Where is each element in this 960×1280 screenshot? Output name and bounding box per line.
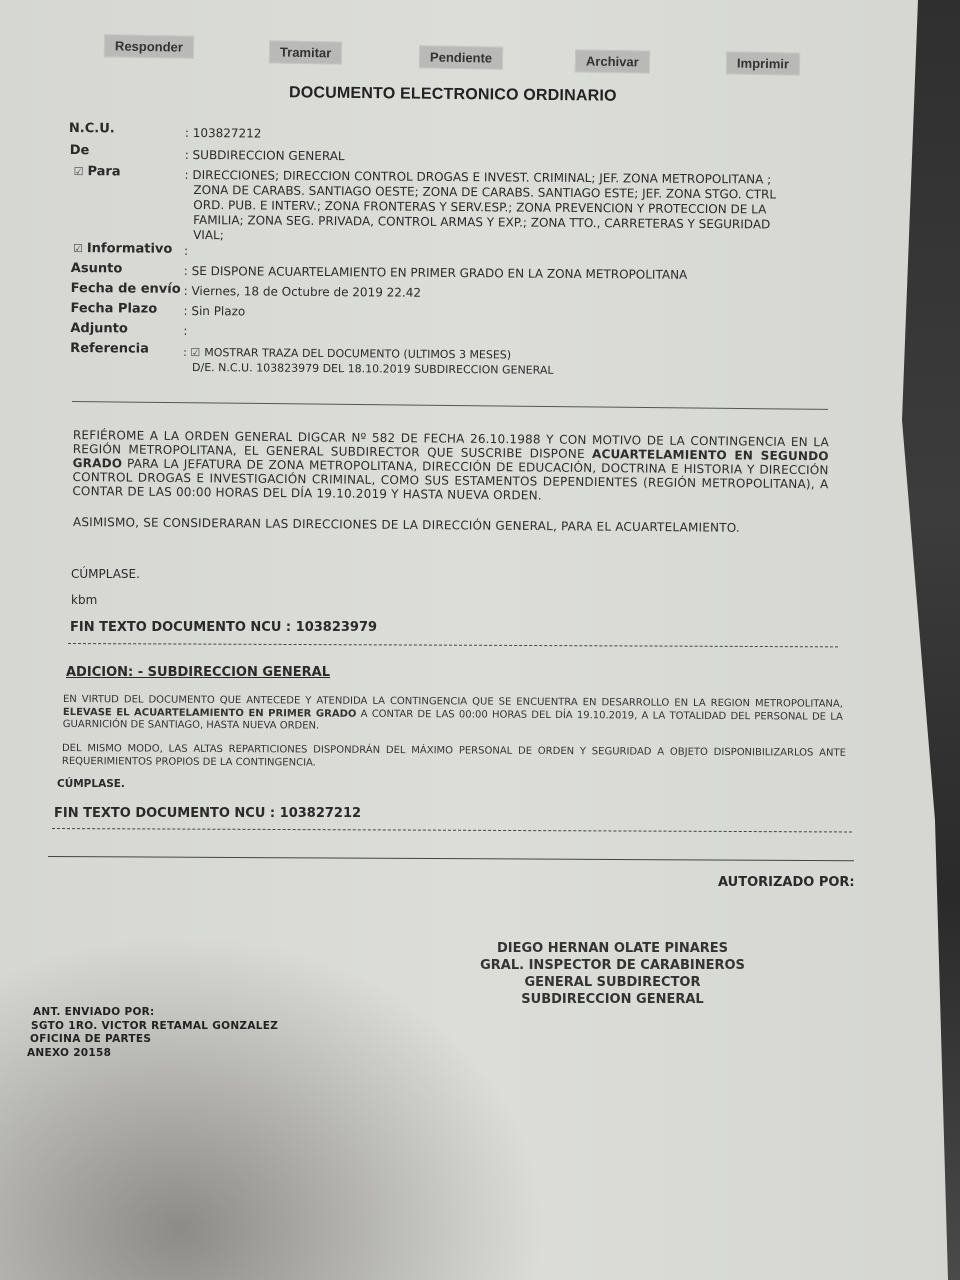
fecha-envio-value: : Viernes, 18 de Octubre de 2019 22.42 — [184, 284, 421, 301]
signer-rank: GRAL. INSPECTOR DE CARABINEROS — [470, 957, 755, 974]
informativo-label-row: ☑Informativo — [73, 241, 172, 257]
adicion-paragraph-1: EN VIRTUD DEL DOCUMENTO QUE ANTECEDE Y A… — [63, 694, 843, 736]
dashed-separator-1 — [68, 643, 838, 647]
para-value: : DIRECCIONES; DIRECCION CONTROL DROGAS … — [184, 168, 815, 248]
adicion-paragraph-2: DEL MISMO MODO, LAS ALTAS REPARTICIONES … — [62, 743, 846, 773]
fin-texto-2: FIN TEXTO DOCUMENTO NCU : 103827212 — [54, 806, 361, 821]
referencia-value: : ☑MOSTRAR TRAZA DEL DOCUMENTO (ULTIMOS … — [183, 345, 554, 378]
mostrar-traza-link[interactable]: MOSTRAR TRAZA DEL DOCUMENTO (ULTIMOS 3 M… — [204, 346, 511, 361]
sender-office: OFICINA DE PARTES — [30, 1033, 278, 1047]
body-paragraph-2: ASIMISMO, SE CONSIDERARAN LAS DIRECCIONE… — [73, 515, 829, 536]
autorizado-por-label: AUTORIZADO POR: — [718, 875, 855, 890]
adjunto-label: Adjunto — [70, 321, 128, 336]
dashed-separator-2 — [52, 828, 852, 832]
fecha-plazo-label: Fecha Plazo — [70, 301, 157, 317]
asunto-value: : SE DISPONE ACUARTELAMIENTO EN PRIMER G… — [184, 264, 688, 283]
signer-name: DIEGO HERNAN OLATE PINARES — [470, 940, 755, 957]
document-page: Responder Tramitar Pendiente Archivar Im… — [0, 0, 960, 1280]
elevase-primer-grado: ELEVASE EL ACUARTELAMIENTO EN PRIMER GRA… — [63, 706, 357, 719]
asunto-label: Asunto — [71, 261, 123, 276]
adjunto-value: : — [183, 324, 187, 339]
initials-text: kbm — [71, 593, 97, 608]
cumplase-text: CÚMPLASE. — [71, 567, 140, 582]
sender-extension: ANEXO 20158 — [27, 1047, 278, 1061]
de-value: : SUBDIRECCION GENERAL — [185, 148, 345, 164]
ncu-label: N.C.U. — [69, 121, 115, 136]
signer-title: GENERAL SUBDIRECTOR — [470, 974, 755, 991]
referencia-detail: D/E. N.C.U. 103823979 DEL 18.10.2019 SUB… — [183, 360, 554, 378]
referencia-colon: : — [183, 346, 187, 359]
fecha-envio-label: Fecha de envío — [71, 281, 181, 297]
closing-line — [48, 856, 854, 861]
traza-checkbox-icon[interactable]: ☑ — [190, 346, 200, 359]
adicion-cumplase: CÚMPLASE. — [57, 778, 125, 790]
sender-name: SGTO 1RO. VICTOR RETAMAL GONZALEZ — [30, 1020, 278, 1034]
adicion-heading: ADICION: - SUBDIRECCION GENERAL — [66, 665, 330, 680]
para-label: Para — [87, 164, 120, 179]
informativo-value: : — [184, 244, 188, 259]
para-checkbox-icon[interactable]: ☑ — [74, 165, 84, 178]
informativo-label: Informativo — [87, 241, 173, 257]
sender-block: ANT. ENVIADO POR: SGTO 1RO. VICTOR RETAM… — [30, 1006, 278, 1060]
header-fields: N.C.U. : 103827212 De : SUBDIRECCION GEN… — [0, 0, 960, 407]
fin-texto-1: FIN TEXTO DOCUMENTO NCU : 103823979 — [70, 620, 377, 635]
ncu-value: : 103827212 — [185, 126, 262, 142]
signer-unit: SUBDIRECCION GENERAL — [470, 991, 755, 1008]
informativo-checkbox-icon[interactable]: ☑ — [73, 242, 83, 255]
para-label-row: ☑Para — [74, 164, 121, 179]
sender-heading: ANT. ENVIADO POR: — [30, 1006, 278, 1020]
body-paragraph-1: REFIÉROME A LA ORDEN GENERAL DIGCAR Nº 5… — [72, 428, 829, 505]
referencia-label: Referencia — [70, 341, 149, 357]
fecha-plazo-value: : Sin Plazo — [183, 304, 245, 319]
de-label: De — [70, 143, 90, 158]
signer-block: DIEGO HERNAN OLATE PINARES GRAL. INSPECT… — [470, 940, 755, 1008]
